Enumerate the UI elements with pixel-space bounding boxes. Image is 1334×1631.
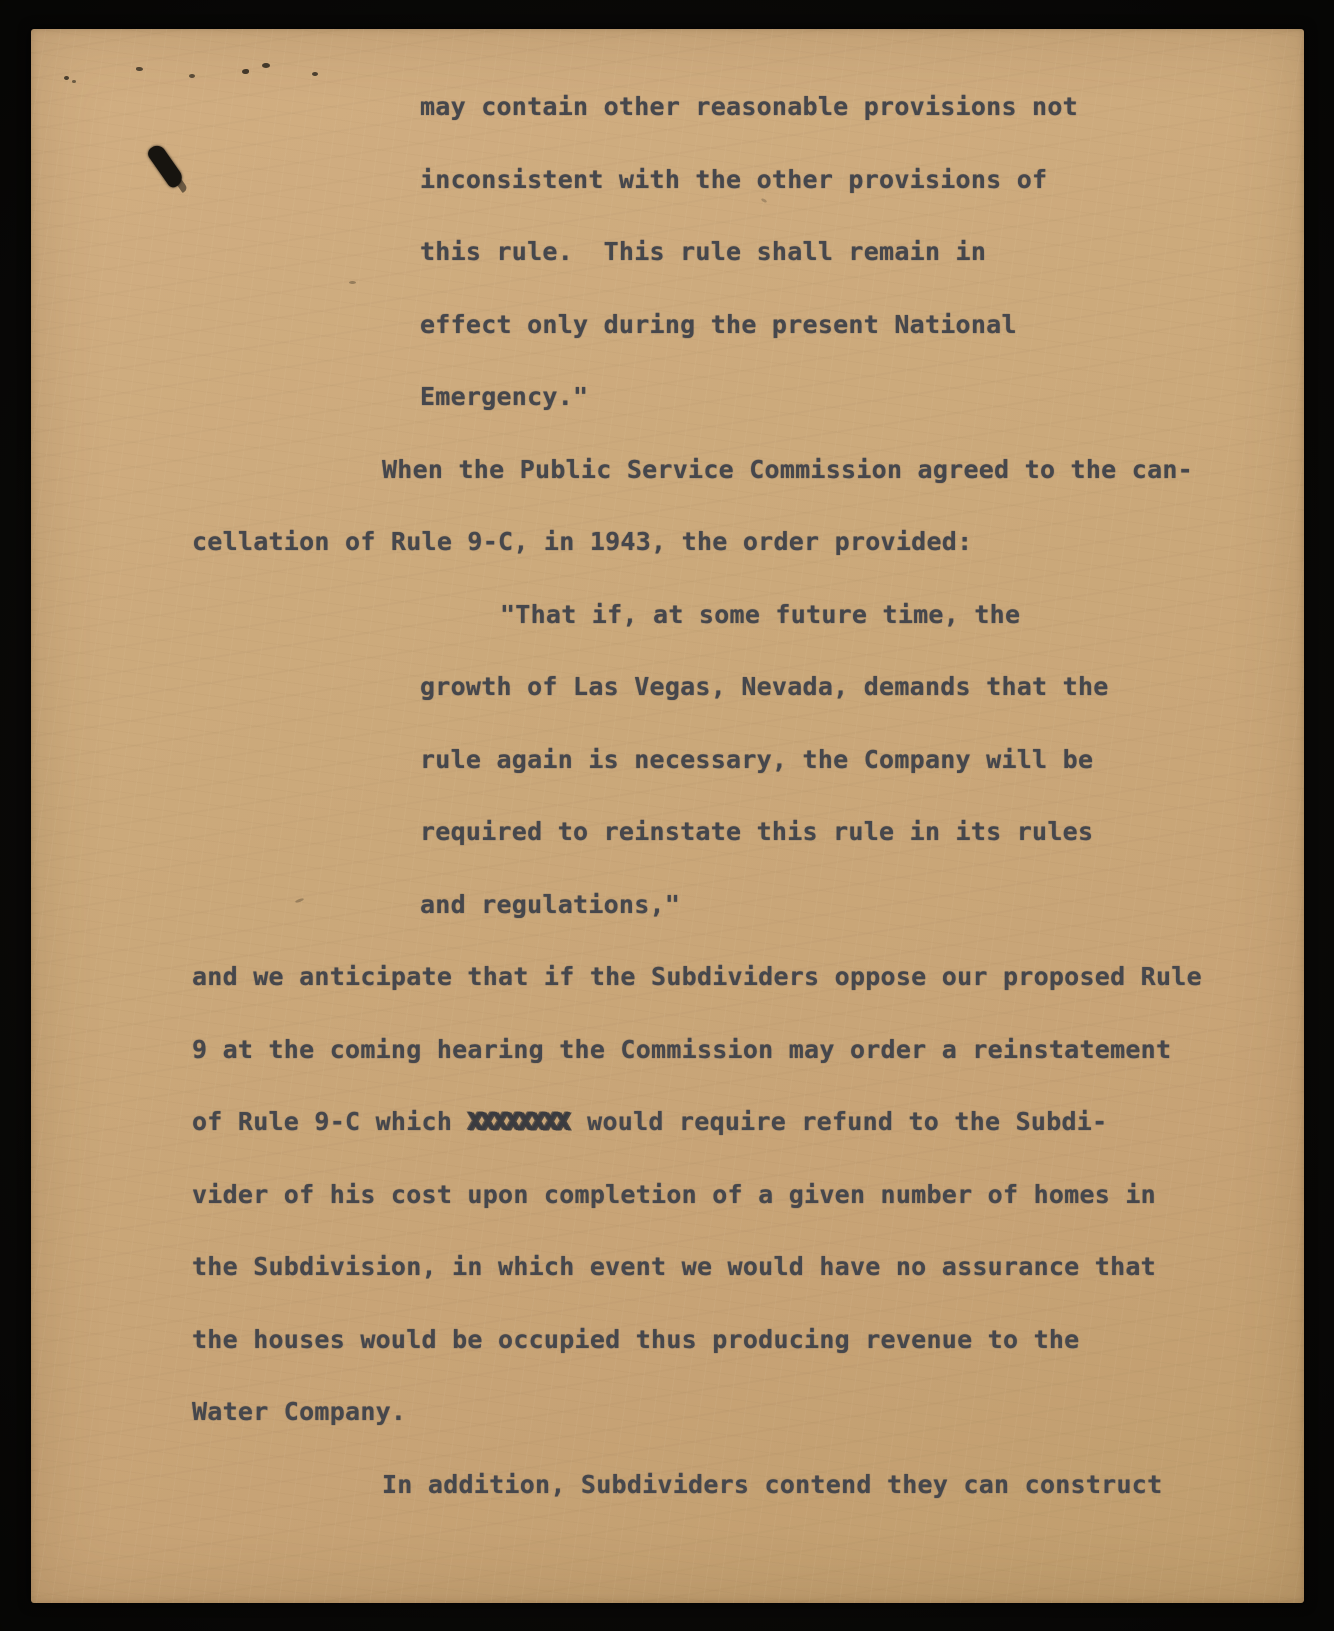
text-run: effect only during the present National [420, 310, 1017, 339]
text-run: 9 at the coming hearing the Commission m… [192, 1035, 1171, 1064]
text-run: In addition, Subdividers contend they ca… [382, 1470, 1162, 1499]
document-line: may contain other reasonable provisions … [192, 71, 1267, 144]
document-line: 9 at the coming hearing the Commission m… [192, 1014, 1267, 1087]
text-run: the houses would be occupied thus produc… [192, 1325, 1079, 1354]
document-line: cellation of Rule 9-C, in 1943, the orde… [192, 506, 1267, 579]
document-line: In addition, Subdividers contend they ca… [192, 1449, 1267, 1522]
document-line: Emergency." [192, 361, 1267, 434]
text-run: vider of his cost upon completion of a g… [192, 1180, 1156, 1209]
document-line: inconsistent with the other provisions o… [192, 144, 1267, 217]
text-run: and we anticipate that if the Subdivider… [192, 962, 1202, 991]
document-line: rule again is necessary, the Company wil… [192, 724, 1267, 797]
text-run: of Rule 9-C which [192, 1107, 467, 1136]
text-run: cellation of Rule 9-C, in 1943, the orde… [192, 527, 972, 556]
document-line: of Rule 9-C which XXXXXXXX would require… [192, 1086, 1267, 1159]
ink-blot [145, 142, 185, 189]
text-run: the Subdivision, in which event we would… [192, 1252, 1156, 1281]
paper-speck [136, 67, 143, 71]
text-run: required to reinstate this rule in its r… [420, 817, 1093, 846]
document-line: and regulations," [192, 869, 1267, 942]
text-run: and regulations," [420, 890, 680, 919]
document-line: the Subdivision, in which event we would… [192, 1231, 1267, 1304]
text-run: may contain other reasonable provisions … [420, 92, 1078, 121]
document-line: growth of Las Vegas, Nevada, demands tha… [192, 651, 1267, 724]
paper-speck [262, 63, 270, 68]
document-line: this rule. This rule shall remain in [192, 216, 1267, 289]
document-line: vider of his cost upon completion of a g… [192, 1159, 1267, 1232]
text-run: Emergency." [420, 382, 588, 411]
document-line: the houses would be occupied thus produc… [192, 1304, 1267, 1377]
paper-speck [64, 76, 69, 80]
text-run: this rule. This rule shall remain in [420, 237, 986, 266]
overstruck-text: XXXXXXXX [467, 1107, 567, 1136]
document-line: "That if, at some future time, the [192, 579, 1267, 652]
text-run: rule again is necessary, the Company wil… [420, 745, 1093, 774]
paper-speck [72, 80, 76, 83]
text-run: would require refund to the Subdi- [572, 1107, 1108, 1136]
text-run: "That if, at some future time, the [500, 600, 1020, 629]
document-text: may contain other reasonable provisions … [192, 71, 1267, 1521]
document-line: Water Company. [192, 1376, 1267, 1449]
document-line: and we anticipate that if the Subdivider… [192, 941, 1267, 1014]
document-line: When the Public Service Commission agree… [192, 434, 1267, 507]
text-run: growth of Las Vegas, Nevada, demands tha… [420, 672, 1109, 701]
document-line: effect only during the present National [192, 289, 1267, 362]
text-run: Water Company. [192, 1397, 406, 1426]
paper-sheet: may contain other reasonable provisions … [31, 29, 1304, 1603]
text-run: When the Public Service Commission agree… [382, 455, 1193, 484]
document-line: required to reinstate this rule in its r… [192, 796, 1267, 869]
text-run: inconsistent with the other provisions o… [420, 165, 1047, 194]
